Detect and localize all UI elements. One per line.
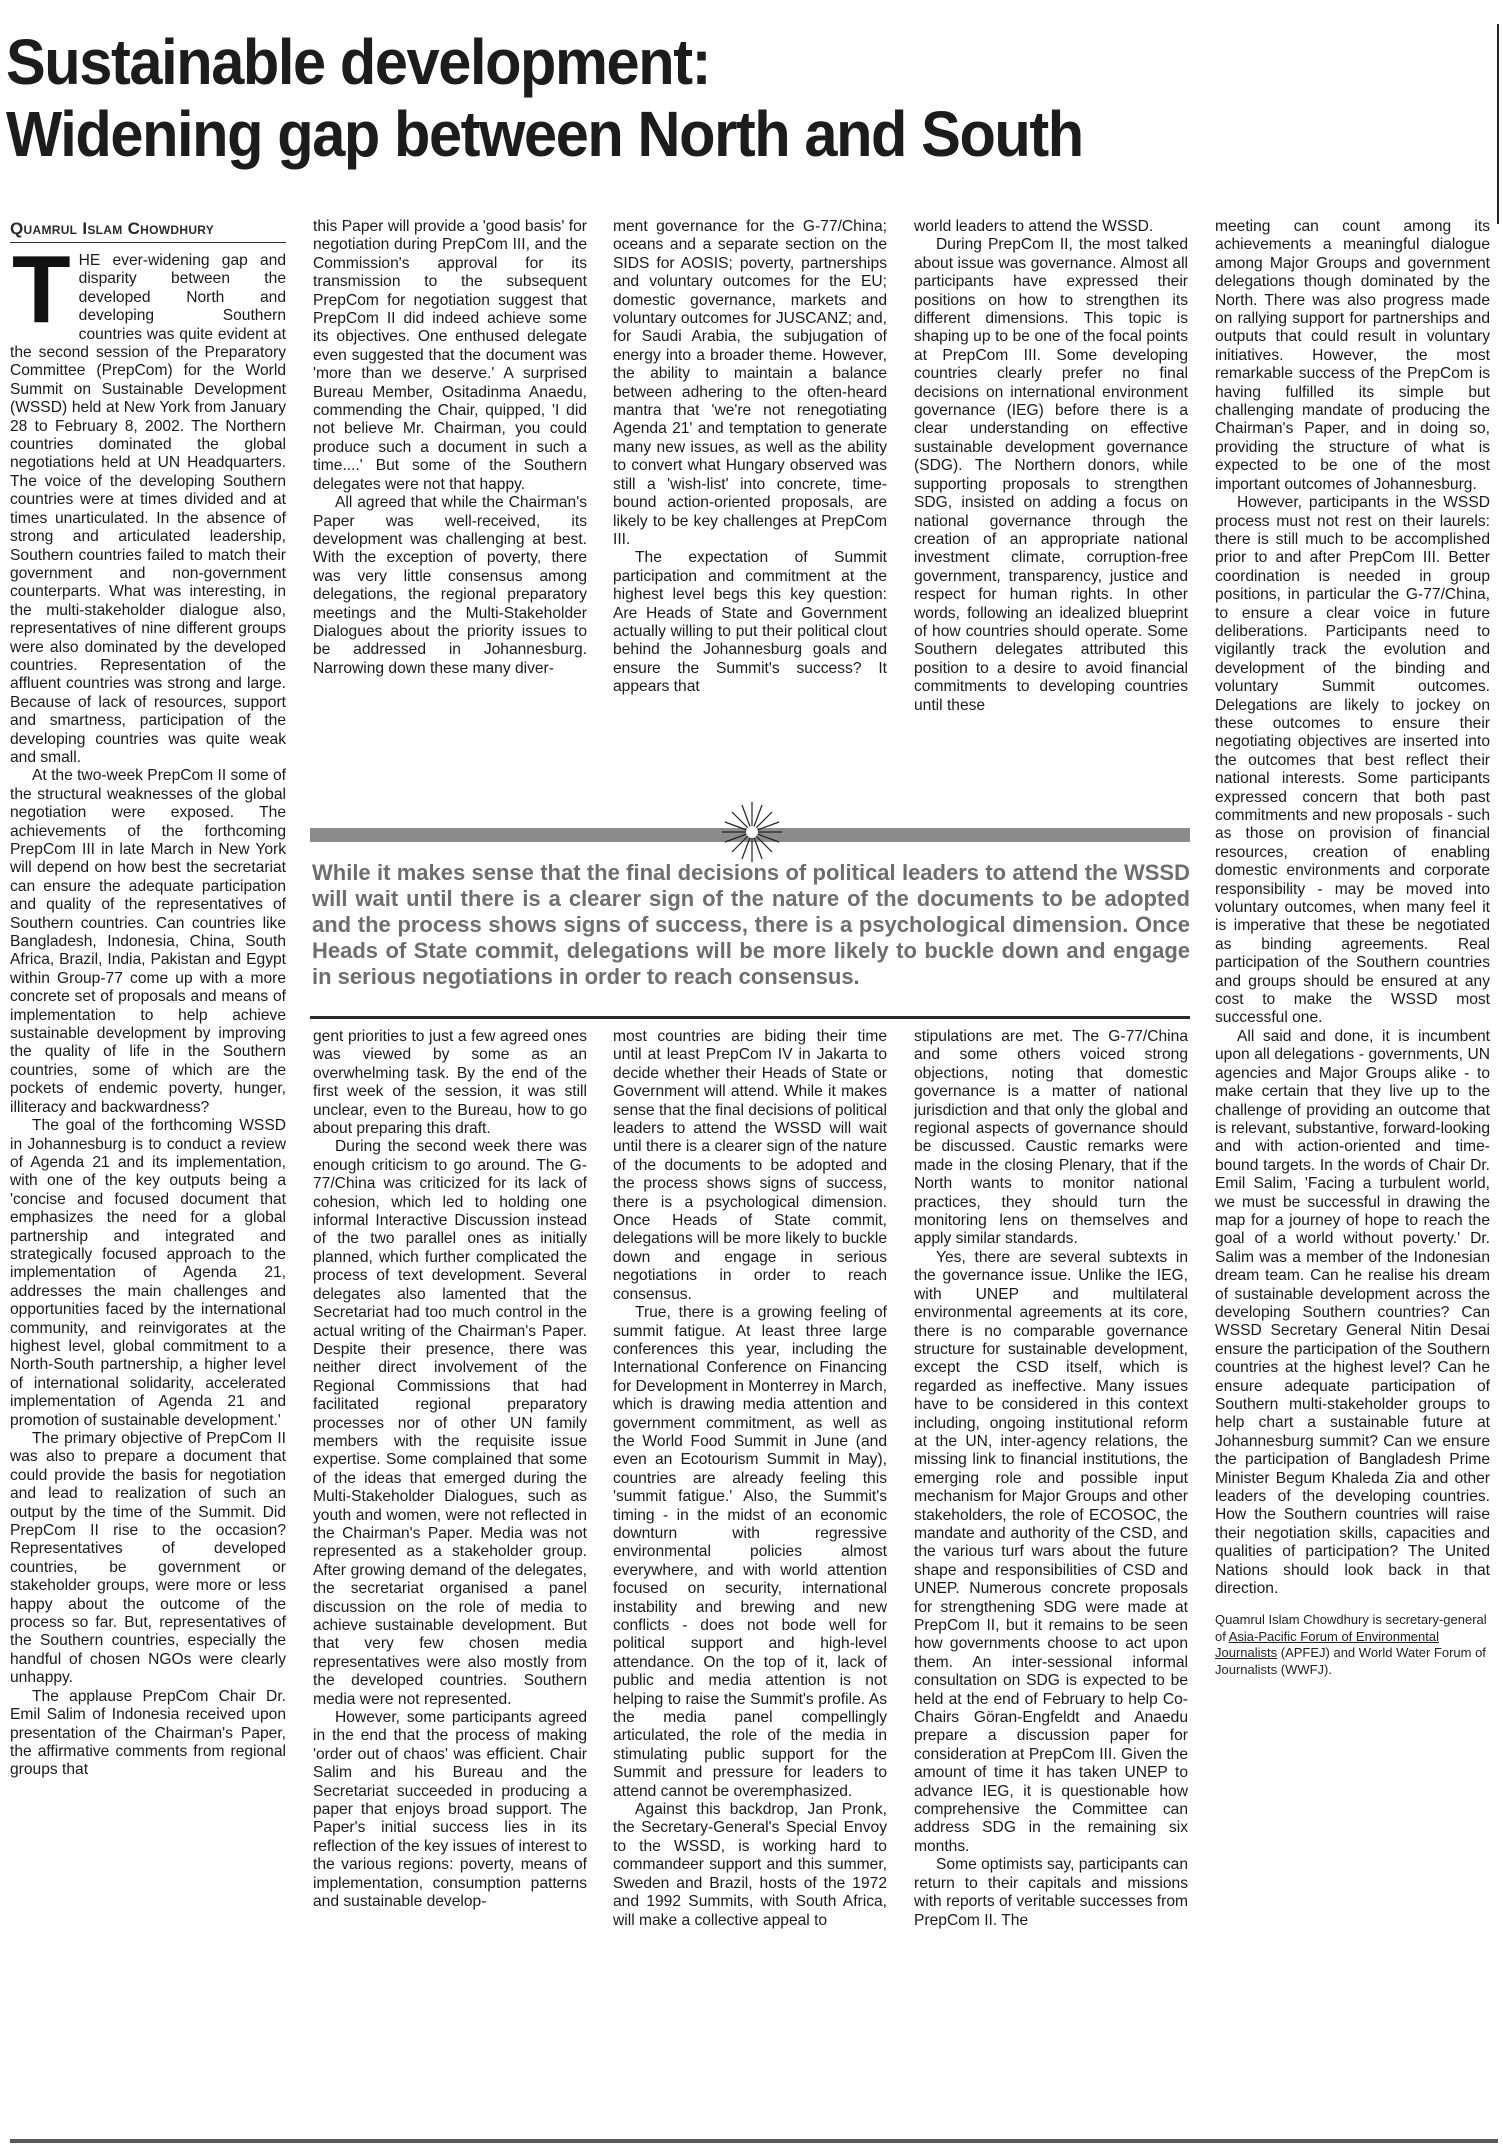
paragraph: ment governance for the G-77/China; ocea… xyxy=(613,218,887,549)
paragraph: this Paper will provide a 'good basis' f… xyxy=(313,218,587,494)
headline-line-1: Sustainable development: xyxy=(6,26,710,98)
paragraph: All said and done, it is incumbent upon … xyxy=(1215,1028,1490,1599)
paragraph: gent priorities to just a few agreed one… xyxy=(313,1028,587,1138)
paragraph: stipulations are met. The G-77/China and… xyxy=(914,1028,1188,1249)
pull-quote: While it makes sense that the final deci… xyxy=(312,860,1190,990)
paragraph: most countries are biding their time unt… xyxy=(613,1028,887,1304)
bottom-rule xyxy=(10,2139,1498,2143)
paragraph: However, some participants agreed in the… xyxy=(313,1709,587,1911)
column-2-bottom: gent priorities to just a few agreed one… xyxy=(313,1028,587,1912)
paragraph: True, there is a growing feeling of summ… xyxy=(613,1304,887,1801)
paragraph: During PrepCom II, the most talked about… xyxy=(914,236,1188,715)
paragraph: The applause PrepCom Chair Dr. Emil Sali… xyxy=(10,1688,286,1780)
column-4-bottom: stipulations are met. The G-77/China and… xyxy=(914,1028,1188,1930)
drop-cap: T xyxy=(12,254,71,326)
paragraph: world leaders to attend the WSSD. xyxy=(914,218,1188,236)
column-3-bottom: most countries are biding their time unt… xyxy=(613,1028,887,1930)
paragraph: The goal of the forthcoming WSSD in Joha… xyxy=(10,1117,286,1430)
column-4-top: world leaders to attend the WSSD. During… xyxy=(914,218,1188,715)
paragraph: At the two-week PrepCom II some of the s… xyxy=(10,767,286,1117)
pull-quote-rule xyxy=(310,1016,1190,1019)
right-border-rule xyxy=(1497,24,1499,224)
author-bio: Quamrul Islam Chowdhury is secretary-gen… xyxy=(1215,1612,1490,1678)
paragraph: During the second week there was enough … xyxy=(313,1138,587,1709)
paragraph: Against this backdrop, Jan Pronk, the Se… xyxy=(613,1801,887,1930)
paragraph: All agreed that while the Chairman's Pap… xyxy=(313,494,587,678)
headline-line-2: Widening gap between North and South xyxy=(6,98,1083,170)
paragraph: However, participants in the WSSD proces… xyxy=(1215,494,1490,1028)
paragraph: Yes, there are several subtexts in the g… xyxy=(914,1249,1188,1856)
paragraph: The primary objective of PrepCom II was … xyxy=(10,1430,286,1688)
starburst-icon xyxy=(722,802,782,862)
column-3-top: ment governance for the G-77/China; ocea… xyxy=(613,218,887,697)
column-1: T HE ever-widening gap and disparity bet… xyxy=(10,252,286,1780)
column-5: meeting can count among its achievements… xyxy=(1215,218,1490,1678)
paragraph: Some optimists say, participants can ret… xyxy=(914,1856,1188,1930)
paragraph: meeting can count among its achievements… xyxy=(1215,218,1490,494)
column-2-top: this Paper will provide a 'good basis' f… xyxy=(313,218,587,678)
paragraph: The expectation of Summit participation … xyxy=(613,549,887,696)
headline: Sustainable development: Widening gap be… xyxy=(6,26,1392,170)
